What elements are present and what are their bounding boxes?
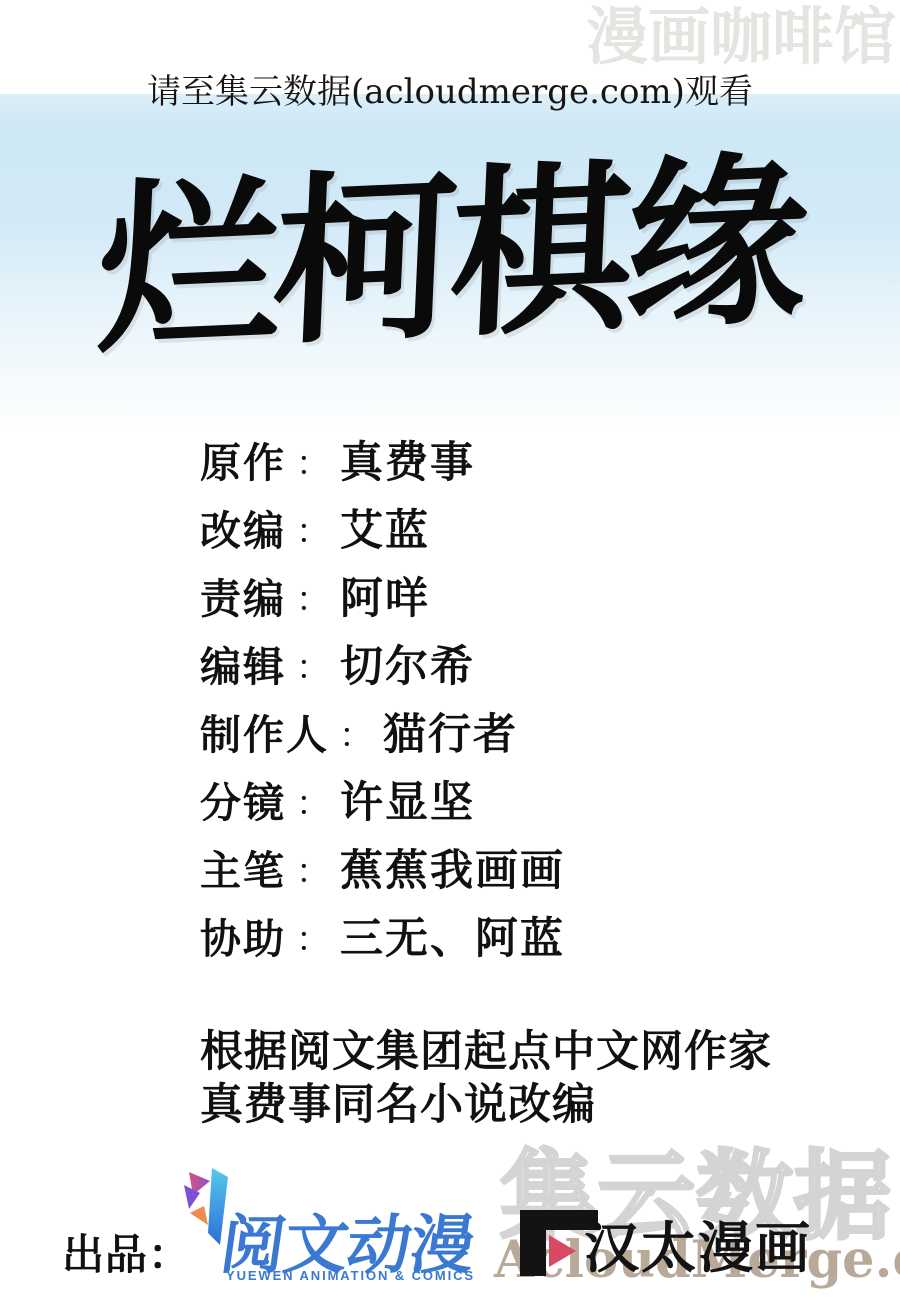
- credit-name: 蕉蕉我画画: [340, 847, 565, 895]
- credit-row-managing-editor: 责编：阿咩: [200, 573, 565, 641]
- credit-name: 猫行者: [383, 711, 518, 759]
- credit-colon: ：: [296, 921, 330, 959]
- yuewen-logo-subtitle: YUEWEN ANIMATION & COMICS: [226, 1268, 475, 1283]
- credits-list: 原作：真费事 改编：艾蓝 责编：阿咩 编辑：切尔希 制作人：猫行者 分镜：许显坚…: [200, 437, 565, 981]
- credit-name: 艾蓝: [340, 507, 430, 555]
- credit-row-original-author: 原作：真费事: [200, 437, 565, 505]
- adaptation-note-line1: 根据阅文集团起点中文网作家: [200, 1026, 772, 1079]
- credit-row-adaptation: 改编：艾蓝: [200, 505, 565, 573]
- credit-name: 许显坚: [340, 779, 475, 827]
- credit-name: 真费事: [340, 439, 475, 487]
- credit-row-producer: 制作人：猫行者: [200, 709, 565, 777]
- comic-credits-page: 漫画咖啡馆 请至集云数据(acloudmerge.com)观看 烂柯棋缘 原作：…: [0, 0, 900, 1297]
- credit-name: 阿咩: [340, 575, 430, 623]
- credit-colon: ：: [339, 717, 373, 755]
- credit-colon: ：: [296, 649, 330, 687]
- credit-colon: ：: [296, 581, 330, 619]
- credit-row-assistants: 协助：三无、阿蓝: [200, 913, 565, 981]
- credit-label: 协助: [200, 916, 286, 962]
- credit-colon: ：: [296, 785, 330, 823]
- credit-colon: ：: [296, 853, 330, 891]
- credit-name: 切尔希: [340, 643, 475, 691]
- series-title-calligraphy: 烂柯棋缘: [0, 126, 900, 384]
- adaptation-note: 根据阅文集团起点中文网作家 真费事同名小说改编: [200, 1026, 772, 1132]
- credit-colon: ：: [296, 445, 330, 483]
- site-notice-text: 请至集云数据(acloudmerge.com)观看: [0, 64, 900, 113]
- credit-label: 责编: [200, 576, 286, 622]
- credit-label: 改编: [200, 508, 286, 554]
- credit-name: 三无、阿蓝: [340, 915, 565, 963]
- produced-by-label: 出品：: [62, 1222, 191, 1282]
- credit-label: 主笔: [200, 848, 286, 894]
- watermark-top-right: 漫画咖啡馆: [586, 4, 896, 72]
- credit-label: 编辑: [200, 644, 286, 690]
- adaptation-note-line2: 真费事同名小说改编: [200, 1079, 772, 1132]
- credit-label: 分镜: [200, 780, 286, 826]
- credit-label: 制作人: [200, 712, 329, 758]
- credit-label: 原作: [200, 440, 286, 486]
- credit-colon: ：: [296, 513, 330, 551]
- hantai-logo-wordmark: 汉太漫画: [584, 1204, 812, 1283]
- credit-row-storyboard: 分镜：许显坚: [200, 777, 565, 845]
- credit-row-lead-artist: 主笔：蕉蕉我画画: [200, 845, 565, 913]
- credit-row-editor: 编辑：切尔希: [200, 641, 565, 709]
